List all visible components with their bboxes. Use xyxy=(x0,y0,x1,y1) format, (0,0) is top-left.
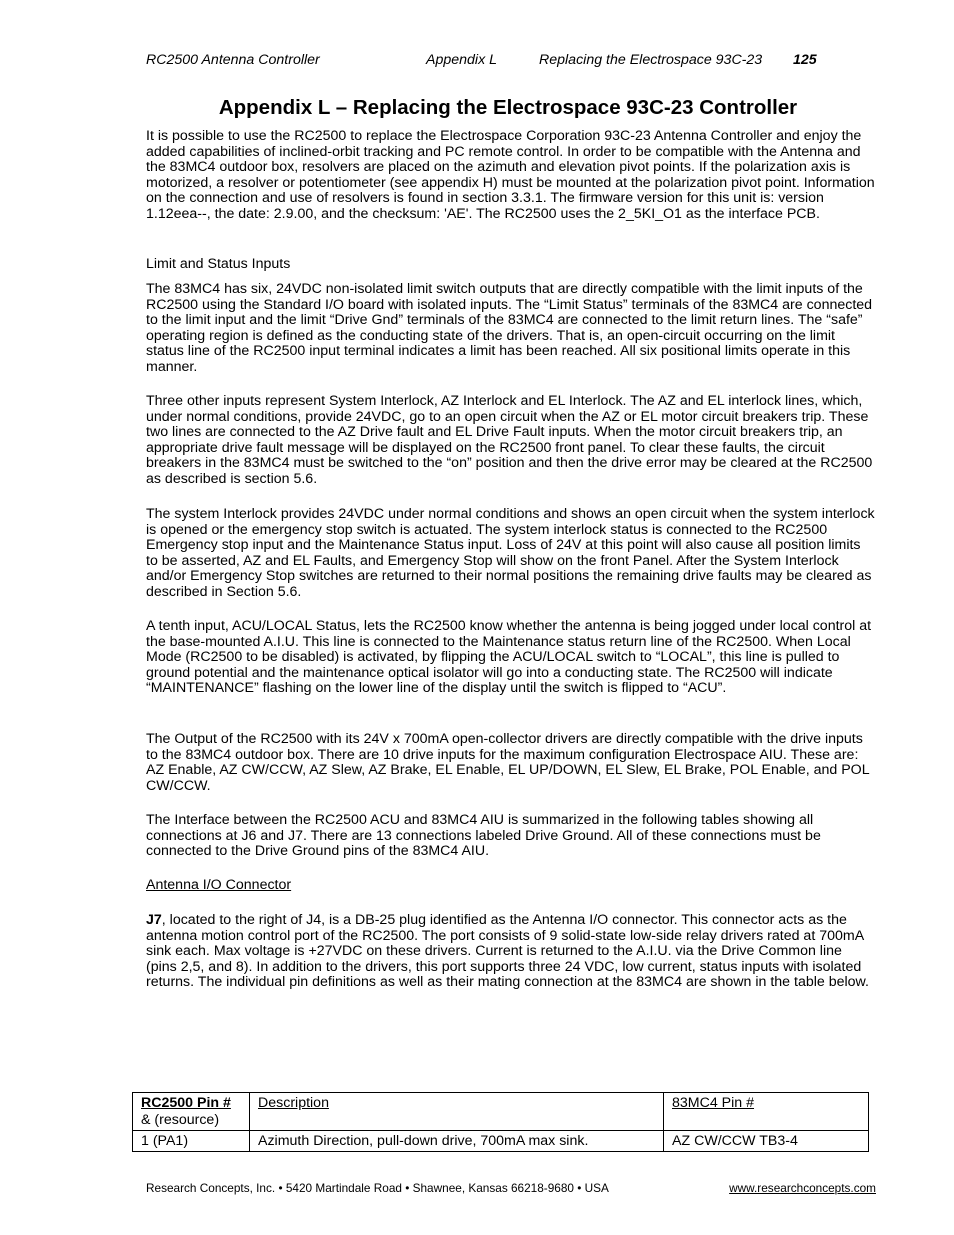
limit-paragraph-6: The Interface between the RC2500 ACU and… xyxy=(146,813,876,860)
document-page: RC2500 Antenna Controller Appendix L Rep… xyxy=(0,0,954,1235)
limit-paragraph-4: A tenth input, ACU/LOCAL Status, lets th… xyxy=(146,619,876,697)
section-heading-limit-status: Limit and Status Inputs xyxy=(146,257,876,273)
pin-table: RC2500 Pin # & (resource) Description 83… xyxy=(132,1092,869,1152)
page-footer: Research Concepts, Inc. • 5420 Martindal… xyxy=(146,1181,876,1197)
header-rc2500-pin: RC2500 Pin # xyxy=(141,1095,244,1112)
header-cell-rc2500-pin: RC2500 Pin # & (resource) xyxy=(133,1093,250,1131)
paragraph-text: Three other inputs represent System Inte… xyxy=(146,394,876,488)
intro-paragraph: It is possible to use the RC2500 to repl… xyxy=(146,129,876,223)
paragraph-text: J7, located to the right of J4, is a DB-… xyxy=(146,913,876,991)
paragraph-text: The Output of the RC2500 with its 24V x … xyxy=(146,732,876,794)
limit-paragraph-1: The 83MC4 has six, 24VDC non-isolated li… xyxy=(146,282,876,376)
table-header-row: RC2500 Pin # & (resource) Description 83… xyxy=(133,1093,869,1131)
intro-text: It is possible to use the RC2500 to repl… xyxy=(146,129,876,223)
paragraph-text: The Interface between the RC2500 ACU and… xyxy=(146,813,876,860)
header-doc-title: RC2500 Antenna Controller xyxy=(146,52,320,68)
footer-address: Research Concepts, Inc. • 5420 Martindal… xyxy=(146,1181,609,1195)
section-heading-antenna-io: Antenna I/O Connector xyxy=(146,878,876,894)
header-cell-description: Description xyxy=(250,1093,664,1131)
j7-label: J7 xyxy=(146,912,162,928)
cell-pin: 1 (PA1) xyxy=(133,1131,250,1152)
antenna-section-heading-block: Antenna I/O Connector xyxy=(146,878,876,894)
header-83mc4-pin: 83MC4 Pin # xyxy=(672,1095,754,1111)
paragraph-text: A tenth input, ACU/LOCAL Status, lets th… xyxy=(146,619,876,697)
header-cell-83mc4-pin: 83MC4 Pin # xyxy=(664,1093,869,1131)
page-number: 125 xyxy=(793,52,817,68)
paragraph-text: The 83MC4 has six, 24VDC non-isolated li… xyxy=(146,282,876,376)
antenna-paragraph-text: , located to the right of J4, is a DB-25… xyxy=(146,912,869,990)
footer-website-link[interactable]: www.researchconcepts.com xyxy=(729,1181,876,1195)
page-title: Appendix L – Replacing the Electrospace … xyxy=(0,96,954,120)
limit-section-heading-block: Limit and Status Inputs xyxy=(146,257,876,273)
cell-83mc4-pin: AZ CW/CCW TB3-4 xyxy=(664,1131,869,1152)
limit-paragraph-3: The system Interlock provides 24VDC unde… xyxy=(146,507,876,601)
header-chapter-title: Replacing the Electrospace 93C-23 xyxy=(539,52,762,68)
cell-description: Azimuth Direction, pull-down drive, 700m… xyxy=(250,1131,664,1152)
table-row: 1 (PA1) Azimuth Direction, pull-down dri… xyxy=(133,1131,869,1152)
header-resource: & (resource) xyxy=(141,1112,244,1129)
limit-paragraph-2: Three other inputs represent System Inte… xyxy=(146,394,876,488)
running-header: RC2500 Antenna Controller Appendix L Rep… xyxy=(146,52,846,70)
header-description: Description xyxy=(258,1095,329,1111)
antenna-paragraph: J7, located to the right of J4, is a DB-… xyxy=(146,913,876,991)
paragraph-text: The system Interlock provides 24VDC unde… xyxy=(146,507,876,601)
header-section: Appendix L xyxy=(426,52,497,68)
limit-paragraph-5: The Output of the RC2500 with its 24V x … xyxy=(146,732,876,794)
